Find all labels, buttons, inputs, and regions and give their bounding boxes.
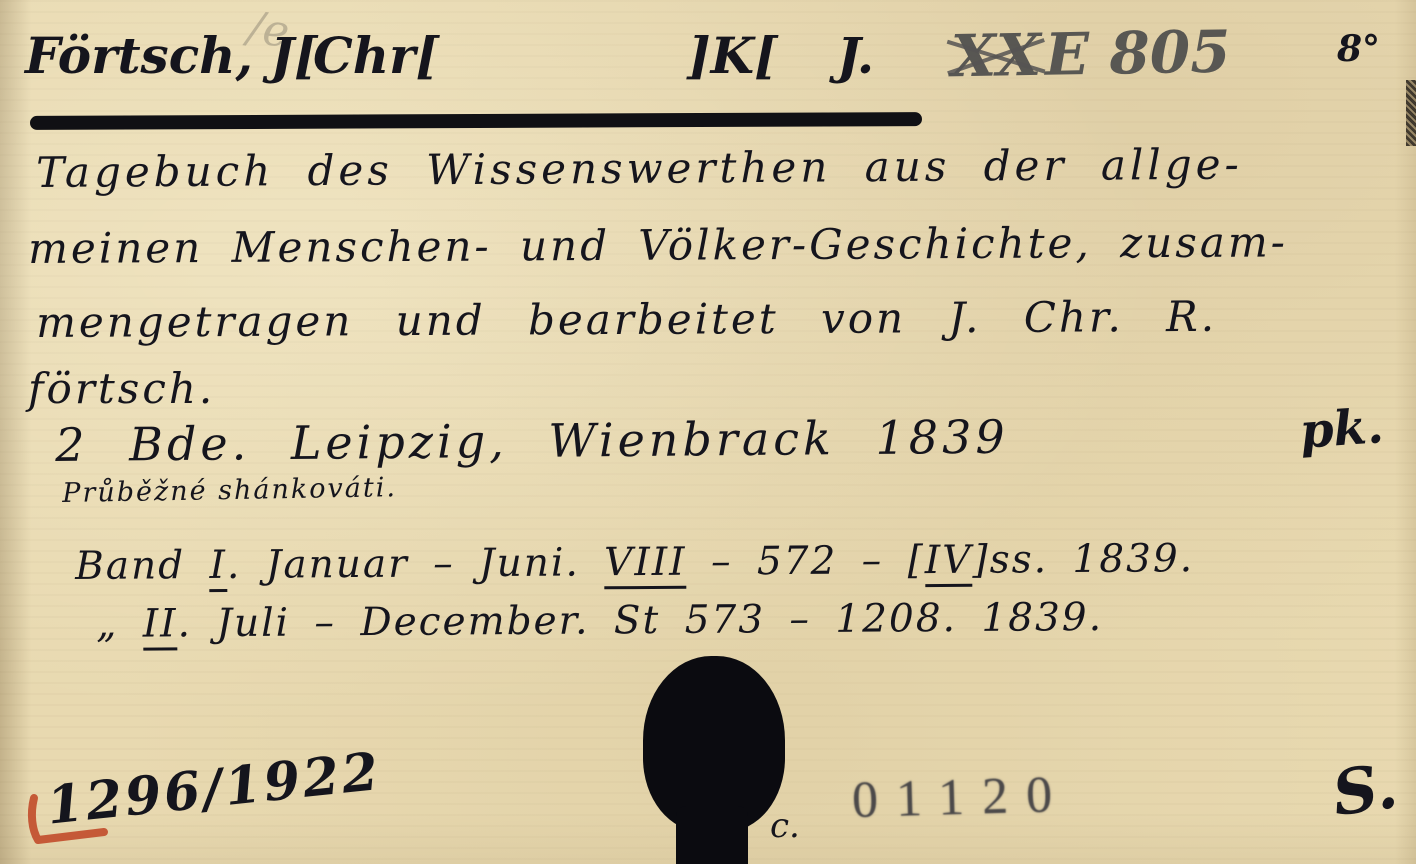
volume2-ditto: „: [96, 602, 143, 647]
volume1-rest: ]ss. 1839.: [972, 536, 1194, 583]
volume2-months: Juli – December.: [216, 598, 614, 646]
volume-line-2: „ II. Juli – December. St 573 – 1208. 18…: [96, 595, 1103, 647]
author-initial-chr: Chr[: [313, 26, 439, 85]
volume-line-1: Band I. Januar – Juni. VIII – 572 – [IV]…: [75, 536, 1194, 589]
librarian-initial: S.: [1328, 749, 1402, 830]
author-initial-k: ]K[: [687, 26, 778, 85]
accession-number: 1296/1922: [44, 741, 384, 837]
volume1-pages: – 572 – [: [686, 538, 925, 585]
format-statement: 8°: [1337, 28, 1380, 70]
volume1-numeral: I: [209, 543, 227, 592]
volume1-bracket-roman: IV: [925, 538, 973, 587]
heading-row: Förtsch, J[ Chr[ ]K[ J. XXE 805 8°: [25, 26, 1405, 116]
catalog-card: ∕e Förtsch, J[ Chr[ ]K[ J. XXE 805 8° Ta…: [0, 0, 1416, 864]
imprint-statement: 2 Bde. Leipzig, Wienbrack 1839: [55, 410, 1009, 472]
shelfmark-number: E 805: [1044, 18, 1231, 89]
czech-annotation: Průběžné shánkováti.: [62, 472, 397, 509]
title-line-3: mengetragen und bearbeitet von J. Chr. R…: [36, 292, 1217, 347]
volume1-months: Januar – Juni.: [266, 540, 605, 587]
volume1-sep: .: [227, 543, 266, 588]
shelfmark-pencil: XXE 805: [946, 18, 1231, 91]
title-line-4: förtsch.: [28, 364, 215, 413]
author-initial-j: J.: [837, 26, 874, 85]
title-line-2: meinen Menschen- und Völker-Geschichte, …: [28, 217, 1288, 273]
author-heading: Förtsch, J[: [25, 26, 318, 85]
volume2-numeral: II: [143, 601, 178, 650]
accession-stamp: 01120: [851, 765, 1071, 830]
binding-note: pk.: [1298, 398, 1385, 460]
shelfmark-crossed-out: XX: [946, 21, 1045, 91]
heading-underline: [30, 112, 922, 130]
stamp-prefix: c.: [770, 806, 800, 846]
volume2-pages: St 573 – 1208. 1839.: [614, 595, 1104, 643]
volume1-prefix: Band: [75, 543, 210, 589]
rod-hole-stem: [676, 806, 748, 864]
volume1-pages-roman: VIII: [604, 540, 687, 590]
title-line-1: Tagebuch des Wissenswerthen aus der allg…: [36, 140, 1243, 197]
volume2-sep: .: [177, 601, 216, 646]
scan-edge-artifact: [1406, 80, 1416, 146]
